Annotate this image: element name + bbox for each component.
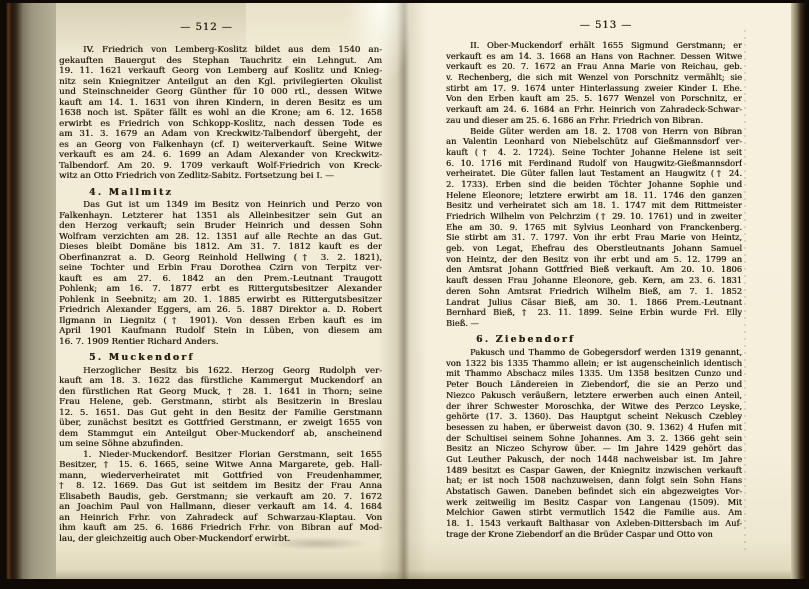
text-line: 19. 11. 1621 verkauft Georg von Lemberg … (59, 66, 382, 77)
text-line: 16. 7. 1909 Rentier Richard Anders. (59, 337, 382, 348)
text-line: verkauft es am 14. 3. 1668 an Hans von R… (446, 51, 742, 62)
paragraph: II. Ober-Muckendorf erhält 1655 Sigmund … (446, 40, 742, 126)
text-line: April 1901 Kaufmann Rudolf Stein in Lübe… (59, 326, 382, 337)
text-line: Besitz an Niczeo Schyrow über. — Im Jahr… (446, 443, 742, 454)
text-line: Landrat Julius Cäsar Bieß, am 30. 1. 186… (446, 297, 742, 308)
text-line: kauft es am 27. 6. 1842 an den Prem.-Leu… (59, 274, 382, 285)
text-line: 1. Nieder-Muckendorf. Besitzer Florian G… (59, 450, 382, 461)
scan-bottom-border (0, 579, 809, 589)
text-line: seine Tochter und Erbin Frau Dorothea Cz… (59, 263, 382, 274)
text-line: verkauft es 20. 7. 1672 an Frau Anna Mar… (446, 61, 742, 72)
text-line: es an Georg von Falkenhayn (cf. I) weite… (59, 140, 382, 151)
section-heading: 5. Muckendorf (89, 353, 382, 364)
text-line: 12. 5. 1651. Das Gut geht in den Besitz … (59, 408, 382, 419)
text-line: hat; er ist noch 1508 nachzuweisen, dann… (446, 475, 742, 486)
text-line: deren Sohn Amtsrat Friedrich Wilhelm Bie… (446, 286, 742, 297)
text-line: † 8. 12. 1669. Das Gut ist seitdem im Be… (59, 481, 382, 492)
text-line: der ihrer Schwester Moroschka, der Witwe… (446, 401, 742, 412)
text-line: der Schultisei seinem Sohne Johannes. Am… (446, 433, 742, 444)
text-line: Ilgmann in Liegnitz († 1901). Von dessen… (59, 316, 382, 327)
text-line: trage der Krone Ziebendorf an die Brüder… (446, 529, 742, 540)
text-line: Pohlenk in Seebnitz; am 20. 1. 1885 erwi… (59, 295, 382, 306)
paragraph: 1. Nieder-Muckendorf. Besitzer Florian G… (59, 450, 382, 545)
page-edge-texture (744, 30, 746, 550)
text-line: Elisabeth Baudis, geb. Gerstmann; sie ve… (59, 492, 382, 503)
text-line: ihm kauft am 25. 6. 1686 Friedrich Frhr.… (59, 523, 382, 534)
text-line: von Heintz, der den Besitz von ihr erbt … (446, 254, 742, 265)
text-line: Gut Leuther Pakusch, der noch 1448 nachw… (446, 454, 742, 465)
text-line: verkauft am 24. 6. 1684 an Frhr. Heinric… (446, 104, 742, 115)
text-line: den fürstlichen Rat Georg Muck, † 28. 1.… (59, 387, 382, 398)
text-line: werk zeitweilig im Besitz Caspar von Lan… (446, 497, 742, 508)
scan-top-border (0, 0, 809, 3)
text-line: erwirbt es Friedrich von Schkopp-Koslitz… (59, 119, 382, 130)
text-line: Dieses bleibt Domäne bis 1812. Am 31. 7.… (59, 242, 382, 253)
text-line: und Steinschneider Georg Günther für 10 … (59, 87, 382, 98)
text-line: Besitzer, † 15. 6. 1665, seine Witwe Ann… (59, 460, 382, 471)
text-line: kauft am 14. 1. 1631 von ihren Kindern, … (59, 98, 382, 109)
text-line: lau, der gleichzeitig auch Ober-Muckendo… (59, 534, 382, 545)
text-line: über, zunächst besitzt es Gottfried Gers… (59, 418, 382, 429)
text-line: Pakusch und Thammo de Gobegersdorf werde… (446, 347, 742, 358)
text-line: nitz sein Kniegnitzer Anteilgut an den K… (59, 77, 382, 88)
book-cover-left-edge (0, 0, 58, 589)
text-line: witz an Otto Friedrich von Zedlitz-Sabit… (59, 171, 382, 182)
text-line: gehörte (17. 3. 1360). Das Hauptgut sche… (446, 411, 742, 422)
text-line: Sie stirbt am 31. 7. 1797. Von ihr erbt … (446, 232, 742, 243)
text-line: Wolfram verzichten am 28. 12. 1351 auf a… (59, 232, 382, 243)
text-line: von 1322 bis 1335 Thammo allein; er ist … (446, 358, 742, 369)
text-line: Ehe am 30. 9. 1765 mit Sylvius Leonhard … (446, 222, 742, 233)
paragraph: Herzoglicher Besitz bis 1622. Herzog Geo… (59, 366, 382, 450)
text-line: kauft dessen Frau Johanne Eleonore, geb.… (446, 275, 742, 286)
text-line: Friedrich Wilhelm von Pelchrzim († 29. 1… (446, 211, 742, 222)
text-line: Frau Helene, geb. Gerstmann, stirbt als … (59, 397, 382, 408)
text-line: Von den Erben kauft am 25. 5. 1677 Wenze… (446, 93, 742, 104)
text-line: 18. 1. 1543 verkauft Balthasar von Axleb… (446, 518, 742, 529)
text-line: kauft am 18. 3. 1622 das fürstliche Kamm… (59, 376, 382, 387)
text-line: 2. 1733). Erben sind die beiden Töchter … (446, 179, 742, 190)
text-line: Oberfinanzrat a. D. Georg Reinhold Hellw… (59, 253, 382, 264)
text-line: an Joachim Paul von Hallmann, dieser ver… (59, 502, 382, 513)
paragraph: Das Gut ist um 1349 im Besitz von Heinri… (59, 200, 382, 347)
text-line: mit Thammo Abschacz miles 1335. Um 1358 … (446, 368, 742, 379)
text-line: am 31. 3. 1679 an Adam von Kreckwitz-Tal… (59, 129, 382, 140)
text-line: stirbt am 17. 9. 1674 unter Hinterlassun… (446, 83, 742, 94)
section-heading: 6. Ziebendorf (476, 335, 742, 346)
text-line: 1638 noch ist. Später fällt es wohl an d… (59, 108, 382, 119)
text-line: II. Ober-Muckendorf erhält 1655 Sigmund … (446, 40, 742, 51)
text-line: Falkenhayn. Letzterer hat 1351 als Allei… (59, 211, 382, 222)
paragraph: Beide Güter werden am 18. 2. 1708 von He… (446, 126, 742, 329)
text-line: Pohlenk; am 16. 7. 1877 erbt es Rittergu… (59, 284, 382, 295)
page-number: — 513 — (458, 20, 754, 32)
text-line: an Heinrich Frhr. von Zahradeck auf Schw… (59, 513, 382, 524)
text-line: den Herzog verkauft; sein Bruder Heinric… (59, 221, 382, 232)
page-stack-right-edge (791, 0, 809, 589)
page-512-text-column: — 512 —IV. Friedrich von Lemberg-Koslitz… (59, 22, 382, 544)
text-line: geb. von Legat, Ehefrau des Oberstleutna… (446, 243, 742, 254)
text-line: verheiratet. Die Güter fallen laut Testa… (446, 168, 742, 179)
text-line: zau und dieser am 25. 6. 1686 an Frhr. F… (446, 115, 742, 126)
page-513-text-column: — 513 —II. Ober-Muckendorf erhält 1655 S… (446, 20, 742, 539)
text-line: Bieß. — (446, 318, 742, 329)
text-line: mann, wiederverheiratet mit Gottfried vo… (59, 471, 382, 482)
text-line: kauft († 4. 2. 1724). Seine Tochter Joha… (446, 147, 742, 158)
text-line: besessen zu haben, er überweist davon (3… (446, 422, 742, 433)
text-line: Bernhard Bieß, † 23. 11. 1899. Seine Erb… (446, 307, 742, 318)
text-line: Friedrich Alexander Eggers, am 26. 5. 18… (59, 305, 382, 316)
text-line: Helene Eleonore; letztere erwirbt am 18.… (446, 190, 742, 201)
section-heading: 4. Mallmitz (89, 188, 382, 199)
text-line: Niezco Pakusch veräußern, letztere erwer… (446, 390, 742, 401)
text-line: Peter Bouch Ländereien in Ziebendorf, di… (446, 379, 742, 390)
page-number: — 512 — (45, 22, 368, 34)
book-scan: — 512 —IV. Friedrich von Lemberg-Koslitz… (0, 0, 809, 589)
text-line: 1489 besitzt es Caspar Gawen, der Kniegn… (446, 465, 742, 476)
text-line: v. Rechenberg, die sich mit Wenzel von P… (446, 72, 742, 83)
text-line: Talbendorf. Am 20. 9. 1709 verkauft Wolf… (59, 161, 382, 172)
text-line: den Amtsrat Johann Gottfried Bieß verkau… (446, 264, 742, 275)
text-line: verkauft es am 24. 6. 1699 an Adam Alexa… (59, 150, 382, 161)
text-line: Melchior Gawen stirbt vermutlich 1542 di… (446, 507, 742, 518)
text-line: IV. Friedrich von Lemberg-Koslitz bildet… (59, 45, 382, 56)
text-line: Das Gut ist um 1349 im Besitz von Heinri… (59, 200, 382, 211)
paragraph: Pakusch und Thammo de Gobegersdorf werde… (446, 347, 742, 539)
paragraph: IV. Friedrich von Lemberg-Koslitz bildet… (59, 45, 382, 182)
text-line: Besitz und verheiratet sich am 18. 1. 17… (446, 200, 742, 211)
text-line: 6. 10. 1716 mit Ferdinand Rudolf von Hau… (446, 158, 742, 169)
text-line: Abstatisch Gawen. Daneben befindet sich … (446, 486, 742, 497)
text-line: dem Stammgut ein Anteilgut Ober-Muckendo… (59, 429, 382, 440)
text-line: gekauften Bauergut des Stephan Tauchritz… (59, 56, 382, 67)
text-line: Beide Güter werden am 18. 2. 1708 von He… (446, 126, 742, 137)
text-line: an Valentin Leonhard von Niebelschütz au… (446, 136, 742, 147)
text-line: Herzoglicher Besitz bis 1622. Herzog Geo… (59, 366, 382, 377)
text-line: um seine Söhne abzufinden. (59, 439, 382, 450)
